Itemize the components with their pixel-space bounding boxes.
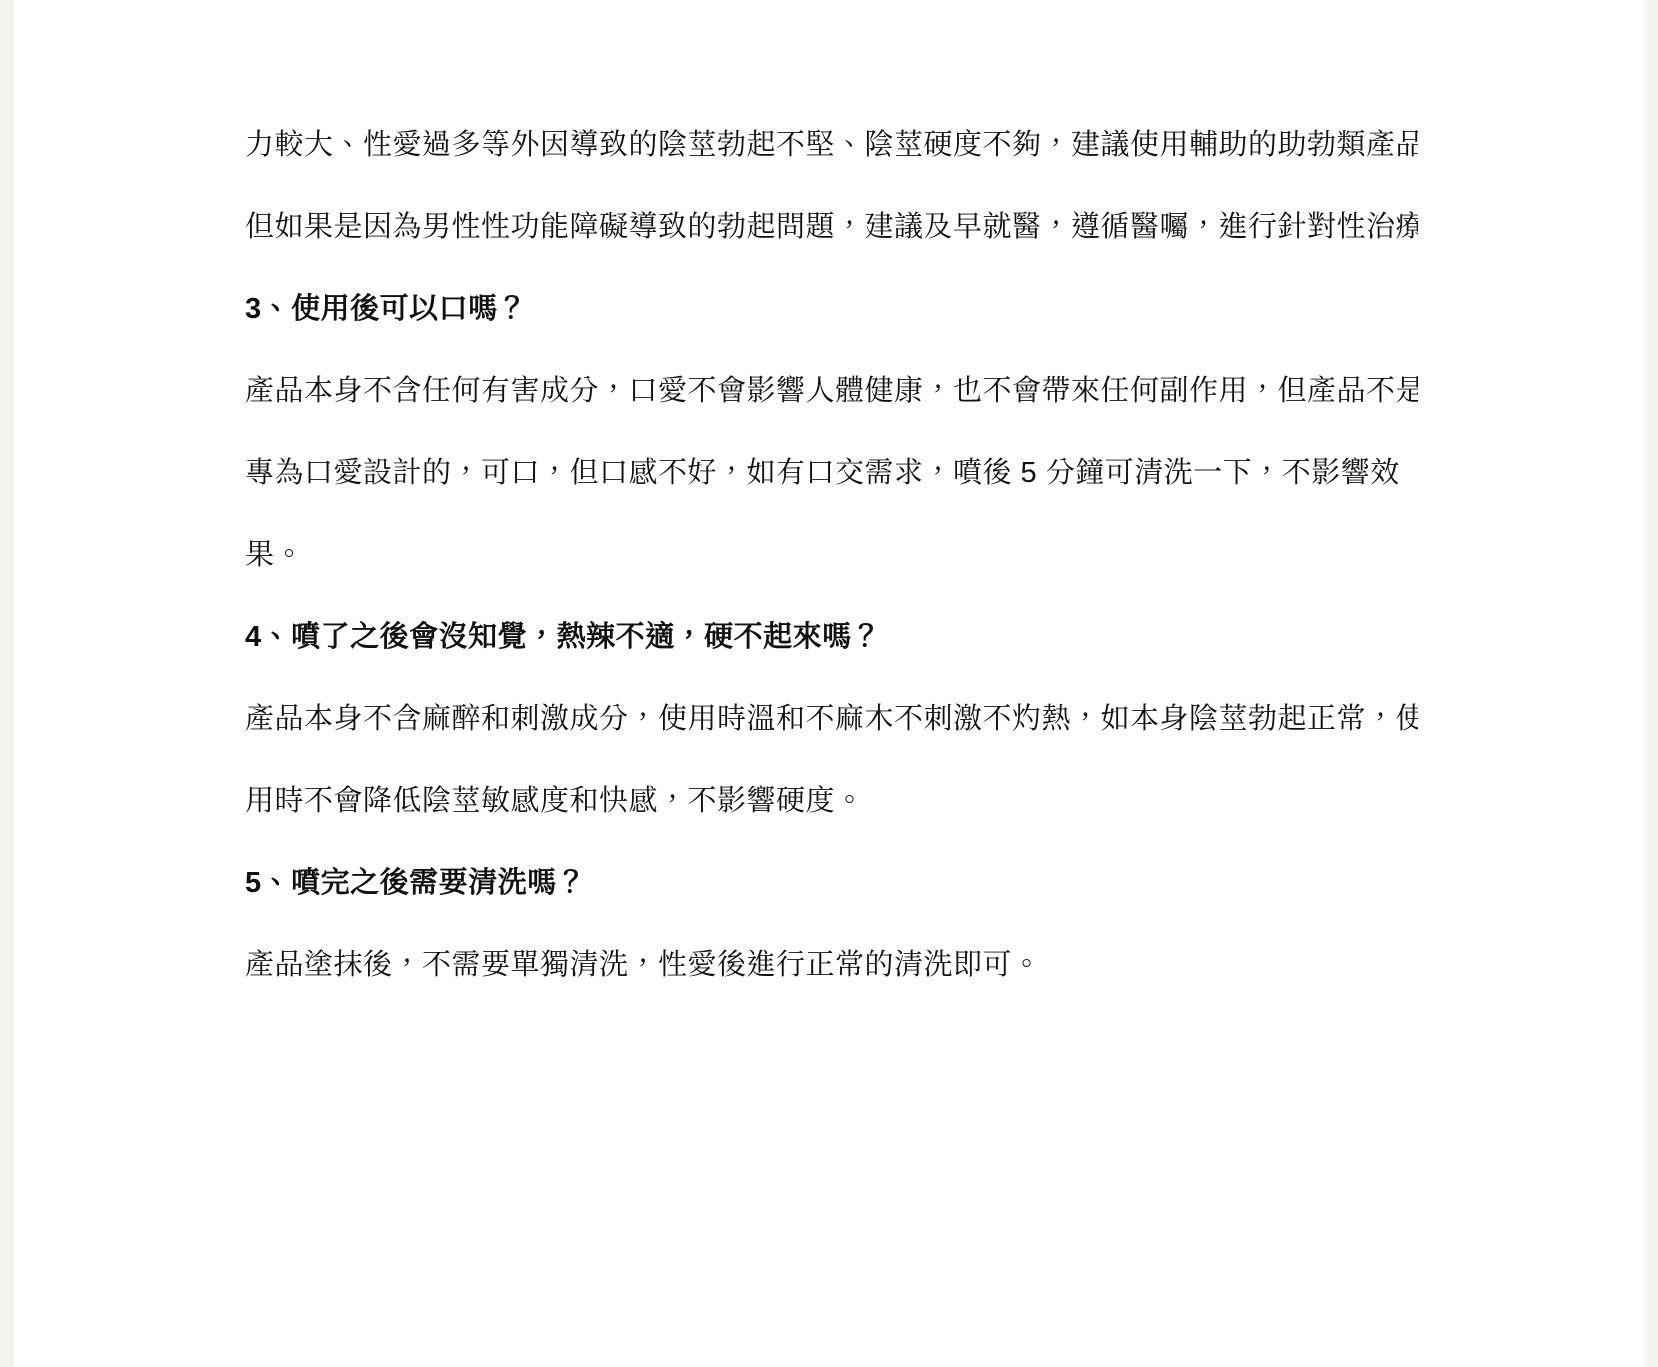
faq-paragraph-line: 產品本身不含麻醉和刺激成分，使用時溫和不麻木不刺激不灼熱，如本身陰莖勃起正常，使 — [245, 678, 1418, 760]
faq-paragraph-line: 果。 — [245, 514, 1418, 596]
faq-paragraph-line: 力較大、性愛過多等外因導致的陰莖勃起不堅、陰莖硬度不夠，建議使用輔助的助勃類產品… — [245, 104, 1418, 186]
faq-section: 力較大、性愛過多等外因導致的陰莖勃起不堅、陰莖硬度不夠，建議使用輔助的助勃類產品… — [14, 0, 1418, 1006]
faq-paragraph-line: 但如果是因為男性性功能障礙導致的勃起問題，建議及早就醫，遵循醫囑，進行針對性治療… — [245, 186, 1418, 268]
faq-paragraph-line: 專為口愛設計的，可口，但口感不好，如有口交需求，噴後 5 分鐘可清洗一下，不影響… — [245, 432, 1418, 514]
faq-paragraph-line: 用時不會降低陰莖敏感度和快感，不影響硬度。 — [245, 760, 1418, 842]
content-area: 力較大、性愛過多等外因導致的陰莖勃起不堅、陰莖硬度不夠，建議使用輔助的助勃類產品… — [14, 0, 1644, 1367]
faq-heading-4: 4、噴了之後會沒知覺，熱辣不適，硬不起來嗎？ — [245, 596, 1418, 678]
faq-paragraph-line: 產品本身不含任何有害成分，口愛不會影響人體健康，也不會帶來任何副作用，但產品不是 — [245, 350, 1418, 432]
faq-heading-5: 5、噴完之後需要清洗嗎？ — [245, 842, 1418, 924]
faq-paragraph-line: 產品塗抹後，不需要單獨清洗，性愛後進行正常的清洗即可。 — [245, 924, 1418, 1006]
faq-heading-3: 3、使用後可以口嗎？ — [245, 268, 1418, 350]
